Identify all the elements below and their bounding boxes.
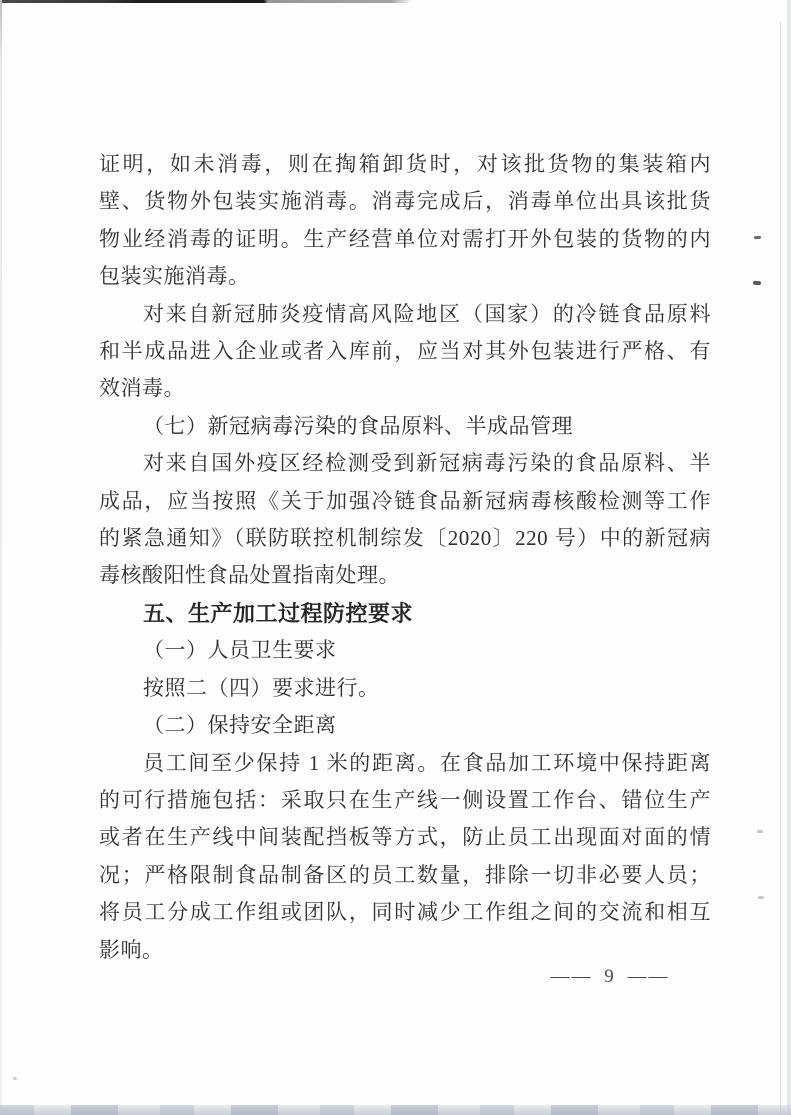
section-heading: （二）保持安全距离: [99, 707, 711, 744]
section-heading: 五、生产加工过程防控要求: [99, 595, 711, 632]
section-heading: （七）新冠病毒污染的食品原料、半成品管理: [99, 408, 711, 445]
scan-edge-right-band: [787, 0, 791, 1115]
scan-speck: [754, 236, 761, 239]
text-line: 况；严格限制食品制备区的员工数量，排除一切非必要人员；: [99, 857, 711, 894]
scan-speck: [13, 1077, 17, 1080]
scan-edge-right-line: [780, 22, 781, 1115]
scan-edge-top: [0, 0, 412, 3]
text-line: 和半成品进入企业或者入库前，应当对其外包装进行严格、有: [99, 333, 711, 370]
text-line: 成品，应当按照《关于加强冷链食品新冠病毒核酸检测等工作: [99, 483, 711, 520]
text-line: （二）保持安全距离: [99, 707, 711, 744]
text-line: 效消毒。: [99, 370, 711, 407]
document-page: 证明，如未消毒，则在掏箱卸货时，对该批货物的集装箱内壁、货物外包装实施消毒。消毒…: [0, 0, 791, 1115]
paragraph: 证明，如未消毒，则在掏箱卸货时，对该批货物的集装箱内壁、货物外包装实施消毒。消毒…: [99, 146, 711, 296]
section-heading: （一）人员卫生要求: [99, 632, 711, 669]
text-line: 的可行措施包括：采取只在生产线一侧设置工作台、错位生产: [99, 782, 711, 819]
text-line: 员工间至少保持 1 米的距离。在食品加工环境中保持距离: [99, 745, 711, 782]
text-line: 按照二（四）要求进行。: [99, 670, 711, 707]
text-line: 毒核酸阳性食品处置指南处理。: [99, 557, 711, 594]
paragraph: 对来自国外疫区经检测受到新冠病毒污染的食品原料、半成品，应当按照《关于加强冷链食…: [99, 445, 711, 595]
text-line: （一）人员卫生要求: [99, 632, 711, 669]
text-line: 壁、货物外包装实施消毒。消毒完成后，消毒单位出具该批货: [99, 183, 711, 220]
scan-edge-left: [0, 0, 2, 1115]
page-number: —— 9 ——: [545, 966, 675, 988]
text-line: 影响。: [99, 932, 711, 969]
scan-speck: [757, 830, 763, 833]
text-line: 对来自国外疫区经检测受到新冠病毒污染的食品原料、半: [99, 445, 711, 482]
text-line: 对来自新冠肺炎疫情高风险地区（国家）的冷链食品原料: [99, 296, 711, 333]
text-line: 或者在生产线中间装配挡板等方式，防止员工出现面对面的情: [99, 819, 711, 856]
text-line: （七）新冠病毒污染的食品原料、半成品管理: [99, 408, 711, 445]
text-line: 五、生产加工过程防控要求: [99, 595, 711, 632]
text-line: 将员工分成工作组或团队，同时减少工作组之间的交流和相互: [99, 894, 711, 931]
text-line: 证明，如未消毒，则在掏箱卸货时，对该批货物的集装箱内: [99, 146, 711, 183]
text-line: 包装实施消毒。: [99, 258, 711, 295]
paragraph: 对来自新冠肺炎疫情高风险地区（国家）的冷链食品原料和半成品进入企业或者入库前，应…: [99, 296, 711, 408]
scan-speck: [753, 281, 761, 285]
paragraph: 按照二（四）要求进行。: [99, 670, 711, 707]
text-block: 证明，如未消毒，则在掏箱卸货时，对该批货物的集装箱内壁、货物外包装实施消毒。消毒…: [99, 146, 711, 969]
paragraph: 员工间至少保持 1 米的距离。在食品加工环境中保持距离的可行措施包括：采取只在生…: [99, 745, 711, 969]
scan-edge-bottom: [0, 1105, 791, 1115]
scan-speck: [758, 896, 764, 899]
text-line: 物业经消毒的证明。生产经营单位对需打开外包装的货物的内: [99, 221, 711, 258]
text-line: 的紧急通知》（联防联控机制综发〔2020〕220 号）中的新冠病: [99, 520, 711, 557]
